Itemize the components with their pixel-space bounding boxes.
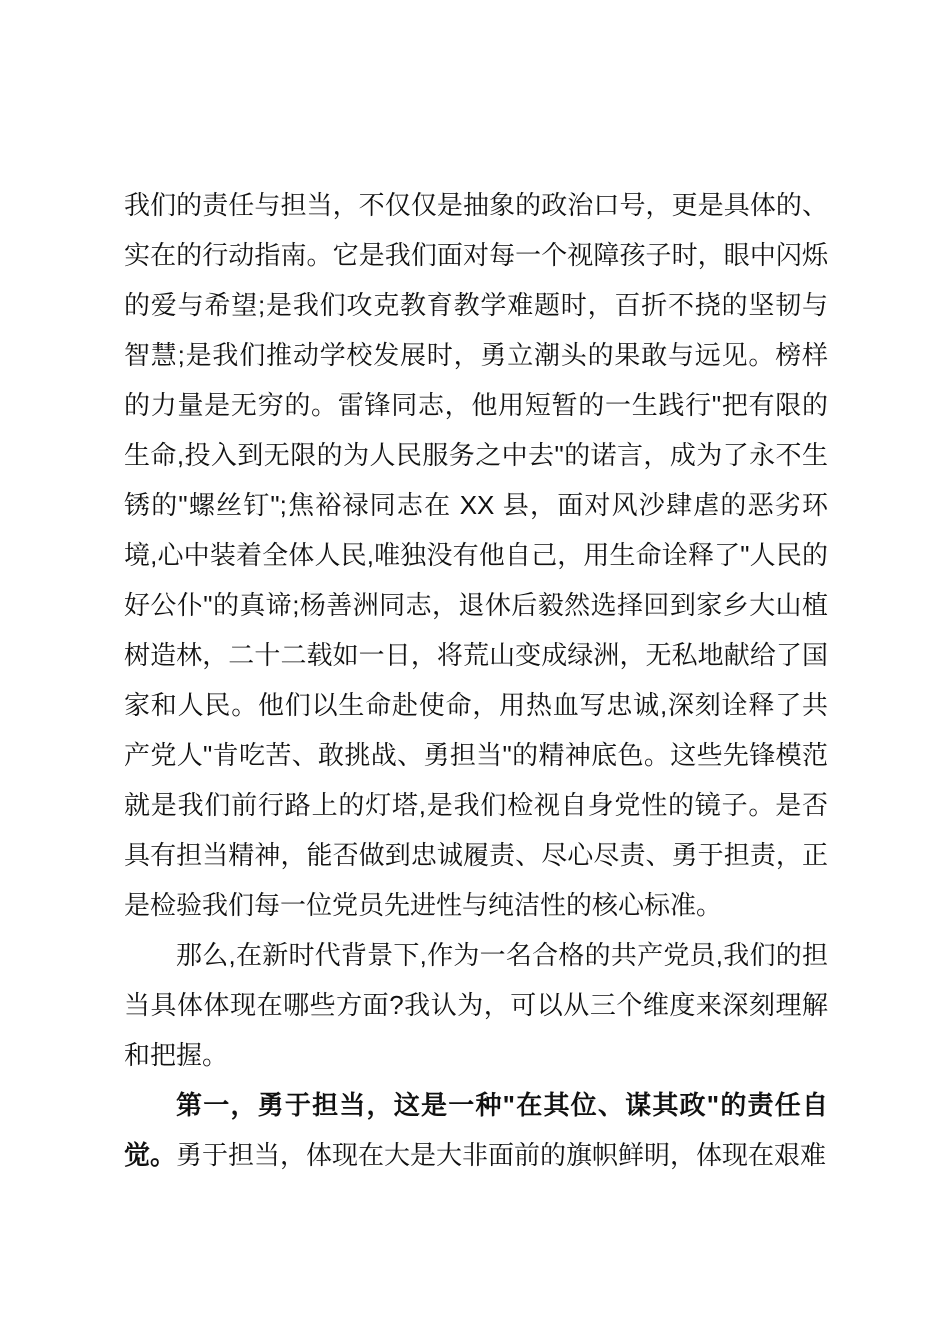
- document-body: 我们的责任与担当，不仅仅是抽象的政治口号，更是具体的、实在的行动指南。它是我们面…: [124, 180, 828, 1180]
- document-page: 我们的责任与担当，不仅仅是抽象的政治口号，更是具体的、实在的行动指南。它是我们面…: [0, 0, 950, 1344]
- text-run: 勇于担当，体现在大是大非面前的旗帜鲜明，体现在艰难: [176, 1140, 826, 1170]
- text-run: 我们的责任与担当，不仅仅是抽象的政治口号，更是具体的、实在的行动指南。它是我们面…: [124, 190, 828, 920]
- paragraph: 第一，勇于担当，这是一种"在其位、谋其政"的责任自觉。勇于担当，体现在大是大非面…: [124, 1080, 828, 1180]
- paragraph: 那么,在新时代背景下,作为一名合格的共产党员,我们的担当具体体现在哪些方面?我认…: [124, 930, 828, 1080]
- paragraph: 我们的责任与担当，不仅仅是抽象的政治口号，更是具体的、实在的行动指南。它是我们面…: [124, 180, 828, 930]
- text-run: 那么,在新时代背景下,作为一名合格的共产党员,我们的担当具体体现在哪些方面?我认…: [124, 940, 828, 1070]
